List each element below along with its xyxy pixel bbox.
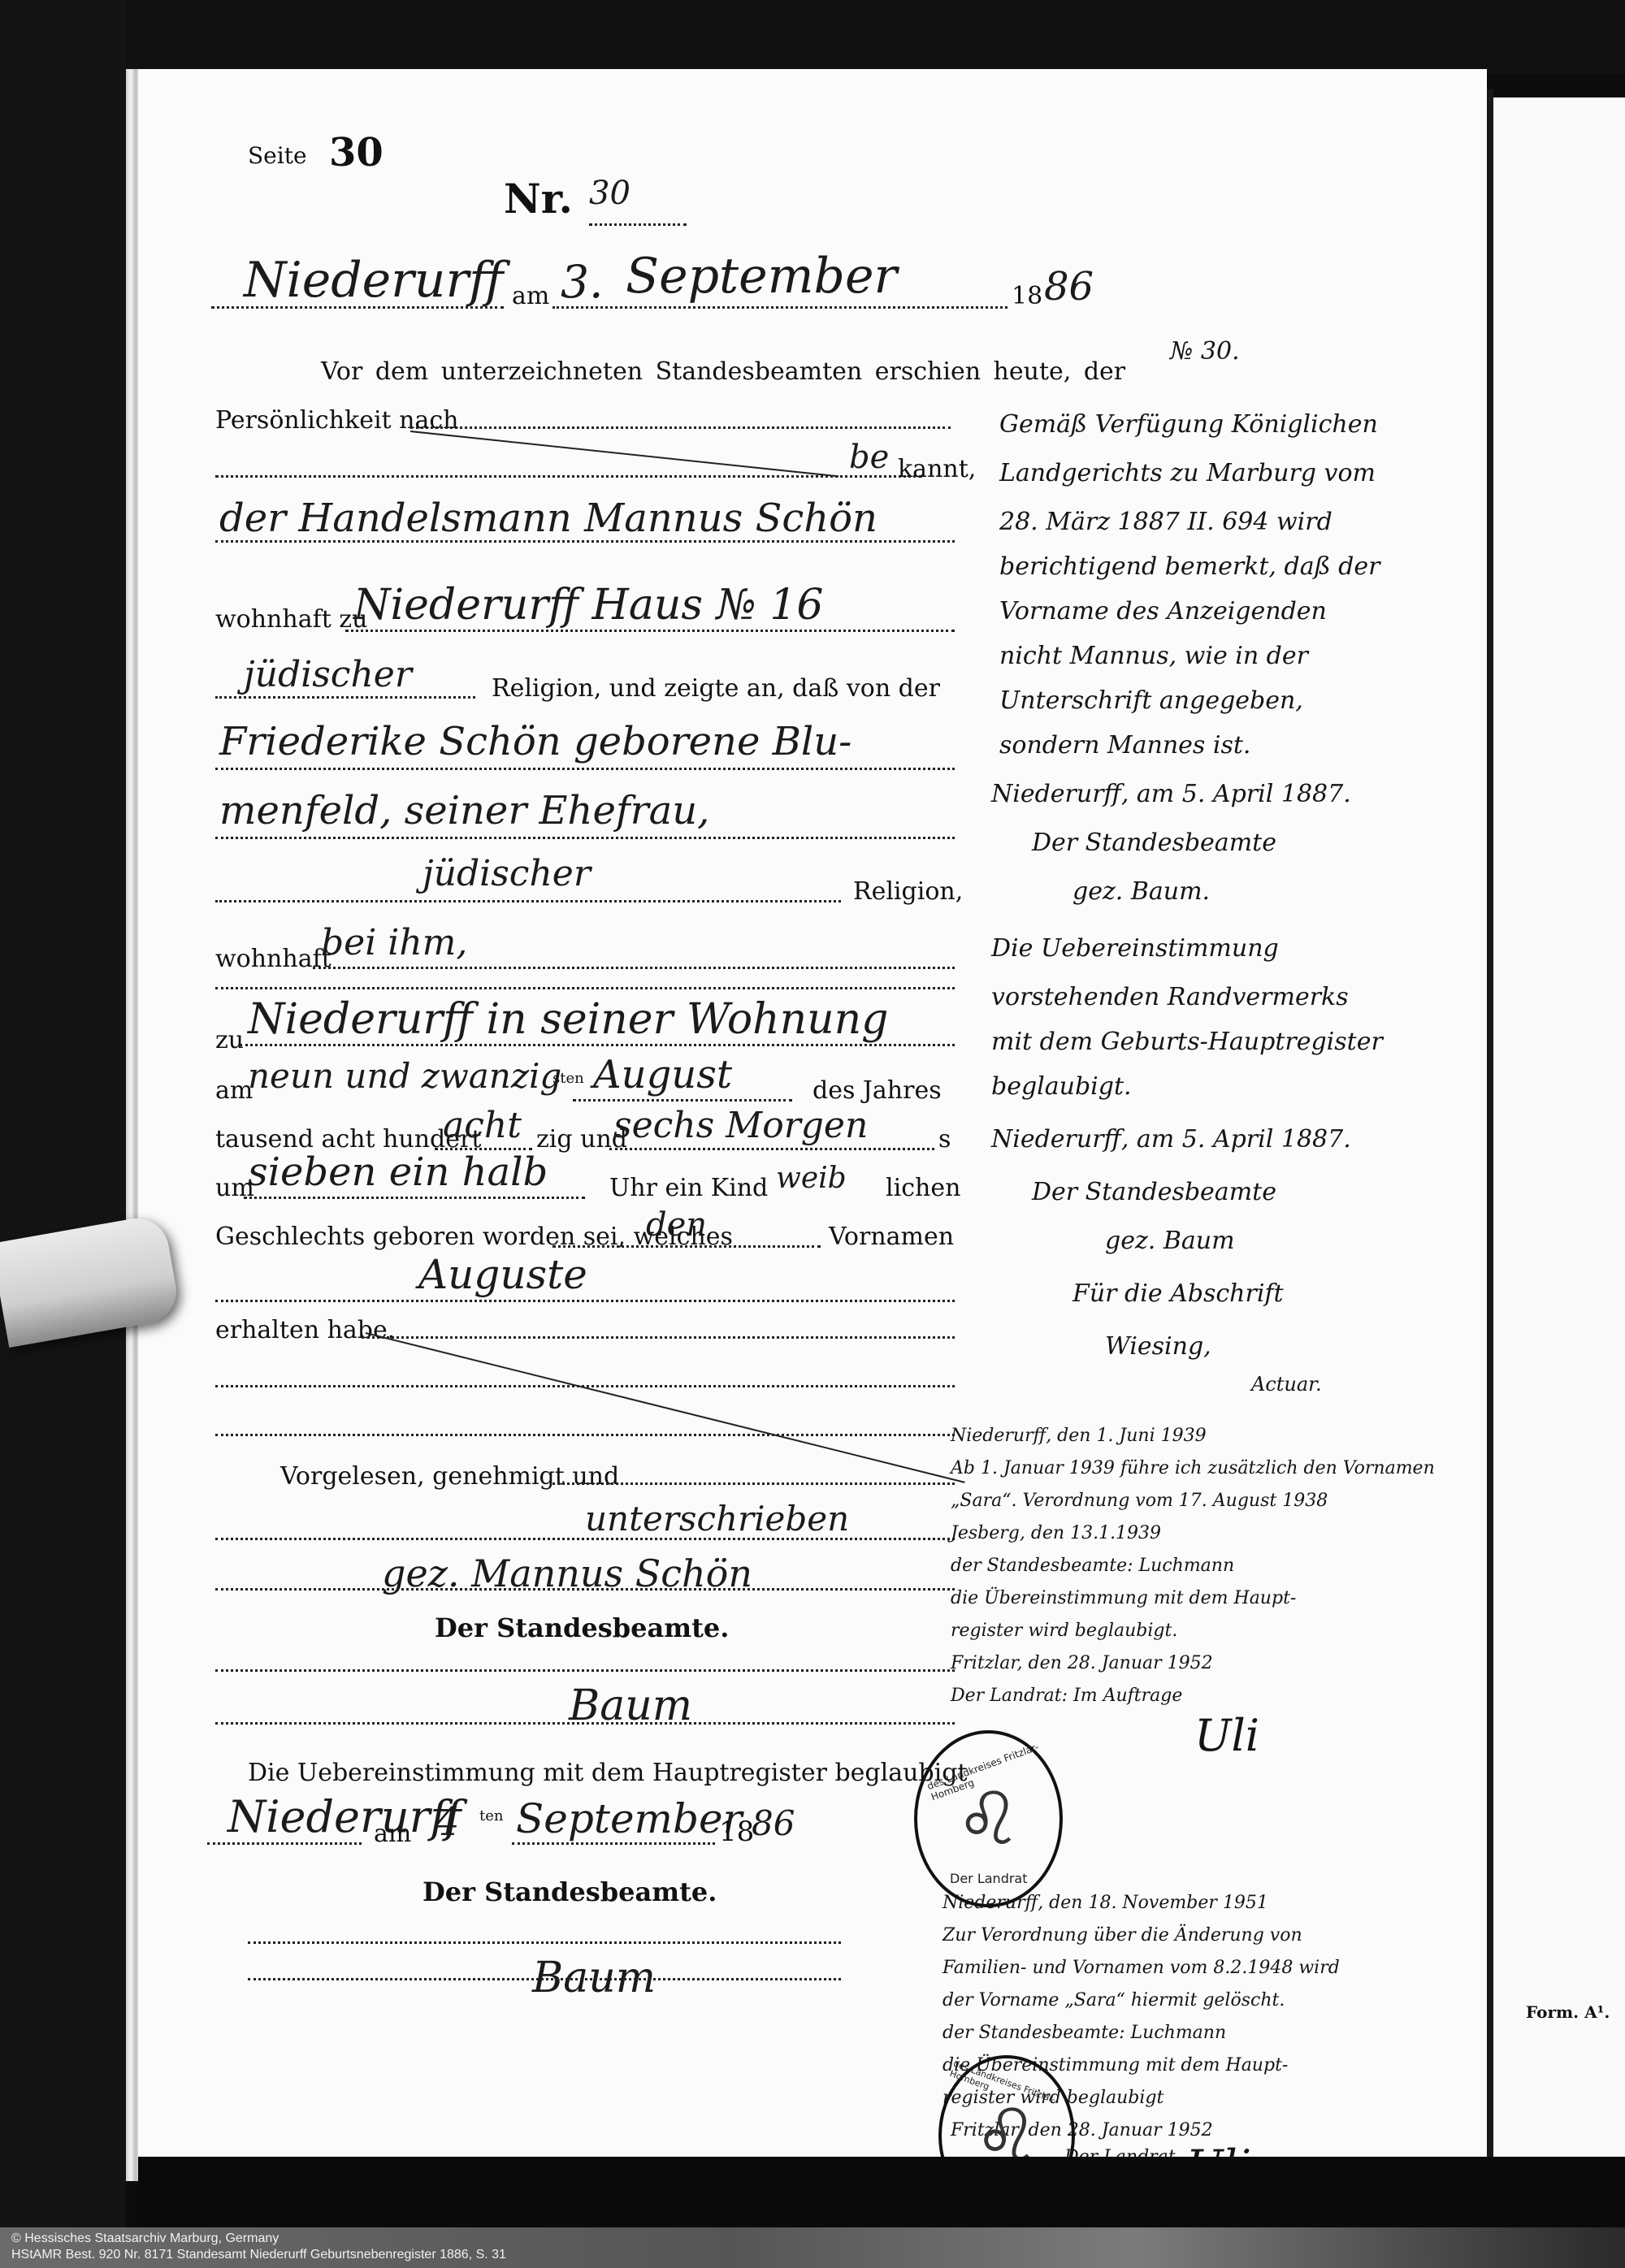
book-binding-left xyxy=(0,0,126,2268)
book-binding-top xyxy=(0,0,1625,73)
margin-note-line: nicht Mannus, wie in der xyxy=(999,642,1308,670)
bekannt-label: kannt, xyxy=(898,455,976,483)
margin-note-line: Der Standesbeamte xyxy=(1032,1178,1276,1206)
margin-note-line: Der Standesbeamte xyxy=(1032,829,1276,857)
birth-month: August xyxy=(593,1052,732,1097)
mother-residence: bei ihm, xyxy=(321,922,467,963)
registration-month: September xyxy=(626,248,897,305)
landrat-signature: Uli xyxy=(1194,1710,1259,1761)
margin-note-number: № 30. xyxy=(1170,337,1240,366)
margin-note-line: die Übereinstimmung mit dem Haupt- xyxy=(951,1588,1296,1608)
vornamen-label: Vornamen xyxy=(829,1223,954,1251)
erhalten-label: erhalten habe. xyxy=(215,1316,395,1344)
margin-note-line: Vorname des Anzeigenden xyxy=(999,597,1327,625)
informant-religion: jüdischer xyxy=(244,654,412,695)
religion-label: Religion, und zeigte an, daß von der xyxy=(492,674,940,703)
page-gutter xyxy=(1487,89,1493,2185)
birth-place: Niederurff in seiner Wohnung xyxy=(248,995,888,1044)
margin-note-line: Niederurff, am 5. April 1887. xyxy=(991,780,1351,808)
margin-note-line: Niederurff, am 5. April 1887. xyxy=(991,1125,1351,1153)
cert-am-label: am xyxy=(374,1820,411,1848)
certification-text: Die Uebereinstimmung mit dem Hauptregist… xyxy=(248,1759,967,1787)
margin-note-line: Wiesing, xyxy=(1105,1332,1211,1361)
margin-note-line: Der Landrat: Im Auftrage xyxy=(951,1686,1182,1706)
form-label: Form. A¹. xyxy=(1526,2002,1610,2022)
day-suffix: sten xyxy=(552,1070,584,1087)
uhr-kind-label: Uhr ein Kind xyxy=(609,1174,768,1202)
year-prefix: 18 xyxy=(1012,282,1042,310)
unterschrieben-text: unterschrieben xyxy=(585,1499,849,1539)
child-sex: weib xyxy=(776,1162,847,1195)
informant-name: der Handelsmann Mannus Schön xyxy=(219,496,877,541)
copyright-line: © Hessisches Staatsarchiv Marburg, Germa… xyxy=(11,2231,1625,2247)
margin-note-line: vorstehenden Randvermerks xyxy=(991,983,1349,1011)
margin-note-line: gez. Baum xyxy=(1105,1227,1235,1255)
birth-time: sieben ein halb xyxy=(248,1149,548,1195)
certification-year-suffix: 86 xyxy=(752,1803,795,1843)
margin-note-line: Landgerichts zu Marburg vom xyxy=(999,459,1376,487)
intro-text: Vor dem unterzeichneten Standesbeamten e… xyxy=(321,357,1125,386)
birth-place-label: zu xyxy=(215,1026,244,1054)
margin-note-line: sondern Mannes ist. xyxy=(999,731,1250,760)
book-binding-bottom xyxy=(138,2157,1625,2230)
s-suffix: s xyxy=(938,1125,951,1153)
margin-note-line: Niederurff, den 1. Juni 1939 xyxy=(951,1426,1207,1446)
margin-note-line: beglaubigt. xyxy=(991,1072,1132,1101)
religion-label-2: Religion, xyxy=(853,877,963,906)
am-label: am xyxy=(512,282,549,310)
margin-note-line: berichtigend bemerkt, daß der xyxy=(999,552,1380,581)
birth-year-unit-and-time-of-day: sechs Morgen xyxy=(613,1105,868,1146)
lichen-suffix: lichen xyxy=(886,1174,960,1202)
margin-note-line: Jesberg, den 13.1.1939 xyxy=(951,1523,1161,1543)
official-stamp: des Landkreises Fritzlar-Homberg ♌ Der L… xyxy=(914,1730,1063,1907)
margin-note-line: register wird beglaubigt. xyxy=(951,1621,1177,1641)
page-number: 30 xyxy=(329,130,383,175)
page-label: Seite xyxy=(248,142,307,169)
official-title: Der Standesbeamte. xyxy=(435,1612,729,1643)
margin-note-line: mit dem Geburts-Hauptregister xyxy=(991,1028,1383,1056)
margin-note-line: Gemäß Verfügung Königlichen xyxy=(999,410,1378,439)
certification-day: 4 xyxy=(435,1799,460,1845)
margin-note-line: gez. Baum. xyxy=(1072,877,1210,906)
mother-religion: jüdischer xyxy=(422,853,591,894)
margin-note-line: Fritzlar, den 28. Januar 1952 xyxy=(951,1653,1213,1673)
informant-residence: Niederurff Haus № 16 xyxy=(353,581,824,630)
entry-label: Nr. xyxy=(504,175,573,223)
mother-name-line2: menfeld, seiner Ehefrau, xyxy=(219,788,709,833)
margin-note-line: der Standesbeamte: Luchmann xyxy=(942,2023,1226,2043)
certification-place: Niederurff xyxy=(227,1791,461,1842)
registration-year-suffix: 86 xyxy=(1044,264,1094,309)
registration-place: Niederurff xyxy=(244,252,504,309)
cert-day-suffix: ten xyxy=(479,1807,503,1824)
vorgelesen-label: Vorgelesen, genehmigt und xyxy=(280,1462,619,1491)
margin-note-line: Niederurff, den 18. November 1951 xyxy=(942,1893,1268,1913)
stamp-text-bottom: Der Landrat xyxy=(950,1871,1028,1886)
facing-page: Form. A¹. xyxy=(1493,97,1625,2177)
register-page: Seite 30 Nr. 30 Niederurff am 3. Septemb… xyxy=(138,69,1487,2189)
margin-note-line: der Standesbeamte: Luchmann xyxy=(951,1556,1234,1576)
citation-line: HStAMR Best. 920 Nr. 8171 Standesamt Nie… xyxy=(11,2247,1625,2263)
persoenlichkeit-label: Persönlichkeit nach xyxy=(215,406,458,435)
cert-year-prefix: 18 xyxy=(719,1816,754,1848)
margin-note-line: Familien- und Vornamen vom 8.2.1948 wird xyxy=(942,1958,1340,1978)
margin-note-line: Zur Verordnung über die Änderung von xyxy=(942,1925,1302,1946)
margin-note-line: der Vorname „Sara“ hiermit gelöscht. xyxy=(942,1990,1285,2010)
archive-copyright-footer: © Hessisches Staatsarchiv Marburg, Germa… xyxy=(0,2227,1625,2268)
vornamen-article: den xyxy=(646,1206,707,1244)
margin-note-line: 28. März 1887 II. 694 wird xyxy=(999,508,1332,536)
birth-day: neun und zwanzig xyxy=(248,1056,561,1096)
margin-note-line: Ab 1. Januar 1939 führe ich zusätzlich d… xyxy=(951,1458,1435,1478)
margin-note-line: „Sara“. Verordnung vom 17. August 1938 xyxy=(951,1491,1328,1511)
registration-day: 3. xyxy=(561,256,603,308)
child-name: Auguste xyxy=(418,1251,587,1298)
cert-official-title: Der Standesbeamte. xyxy=(422,1876,717,1907)
certification-month: September xyxy=(516,1795,742,1842)
margin-note-line: Die Uebereinstimmung xyxy=(991,934,1279,963)
margin-note-line: Unterschrift angegeben, xyxy=(999,686,1303,715)
margin-note-line: Actuar. xyxy=(1251,1373,1322,1396)
mother-name-line1: Friederike Schön geborene Blu- xyxy=(219,719,851,764)
des-jahres-label: des Jahres xyxy=(812,1076,942,1105)
birth-year-decade: acht xyxy=(443,1105,522,1146)
margin-note-line: Für die Abschrift xyxy=(1072,1279,1284,1308)
entry-number-value: 30 xyxy=(589,175,630,212)
bekannt-handwritten: be xyxy=(849,439,889,476)
